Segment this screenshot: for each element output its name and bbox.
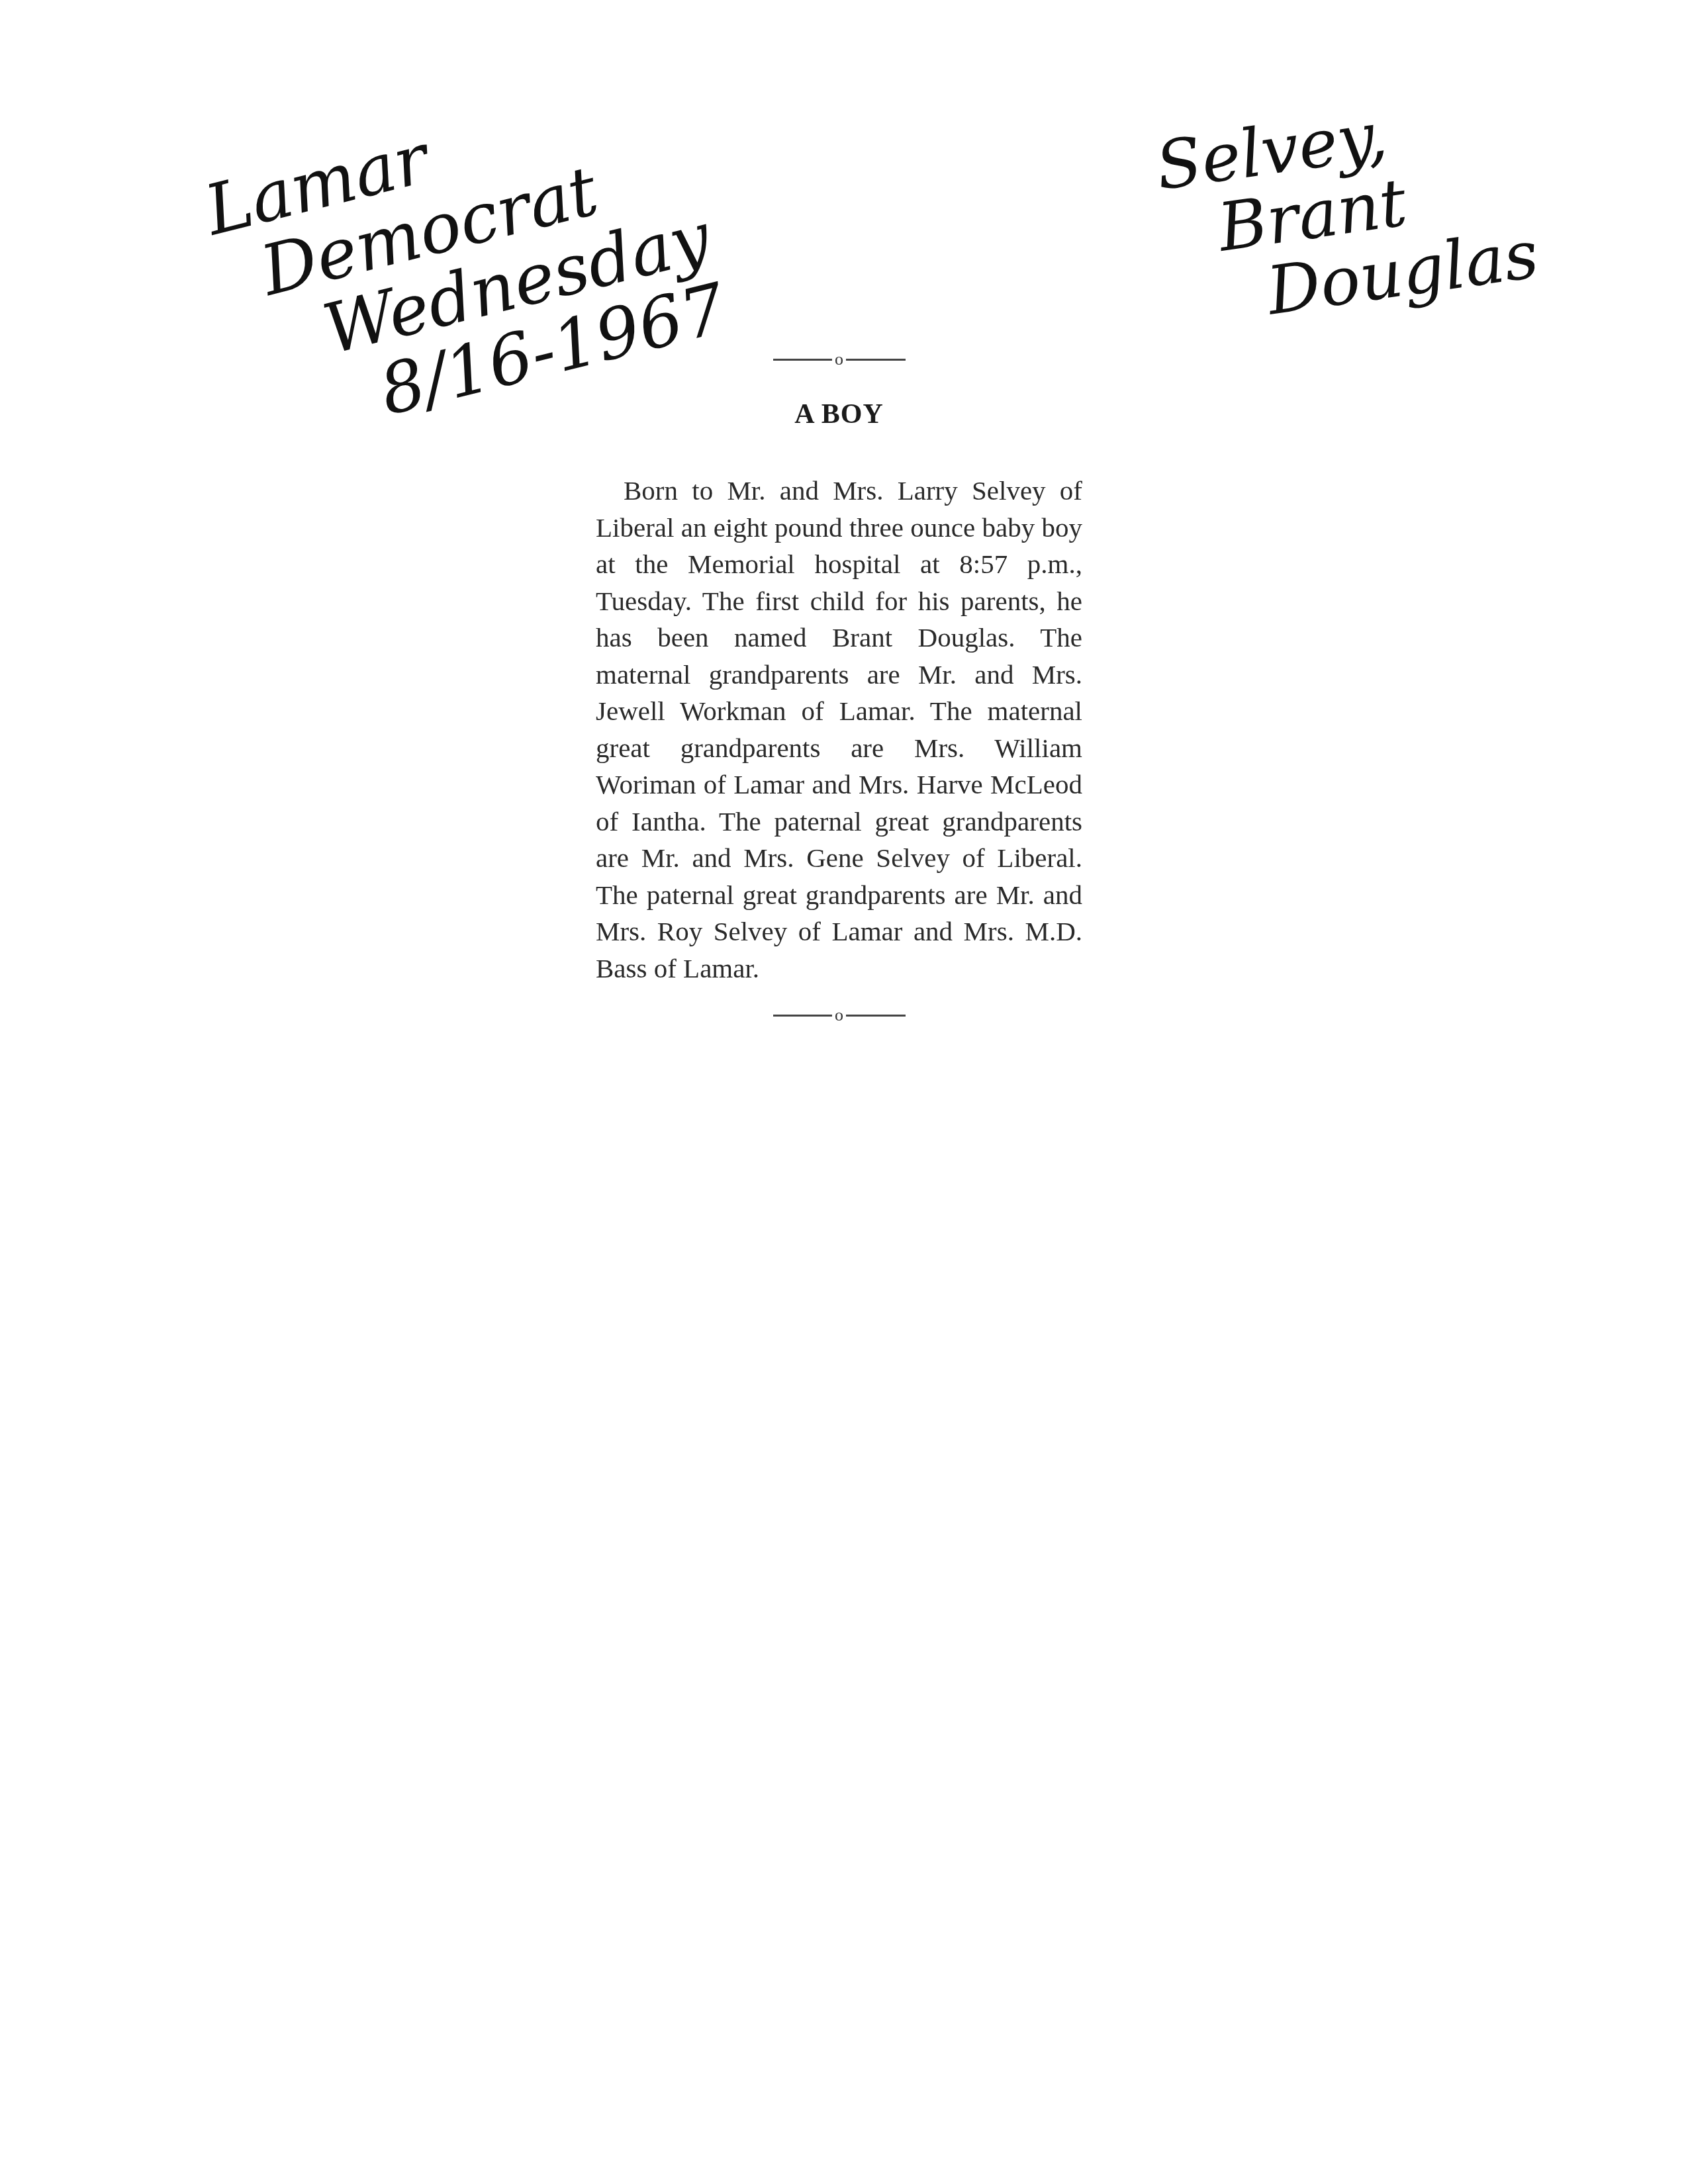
clipping-body: Born to Mr. and Mrs. Larry Selvey of Lib… [596, 473, 1082, 987]
handwritten-subject-note: Selvey, Brant Douglas [1152, 81, 1542, 339]
clipping-headline: A BOY [596, 398, 1082, 430]
bottom-separator: o [773, 1007, 906, 1024]
separator-ornament-icon: o [832, 1007, 846, 1024]
top-separator: o [773, 351, 906, 368]
separator-ornament-icon: o [832, 351, 846, 368]
newspaper-clipping: o A BOY Born to Mr. and Mrs. Larry Selve… [596, 351, 1082, 1024]
